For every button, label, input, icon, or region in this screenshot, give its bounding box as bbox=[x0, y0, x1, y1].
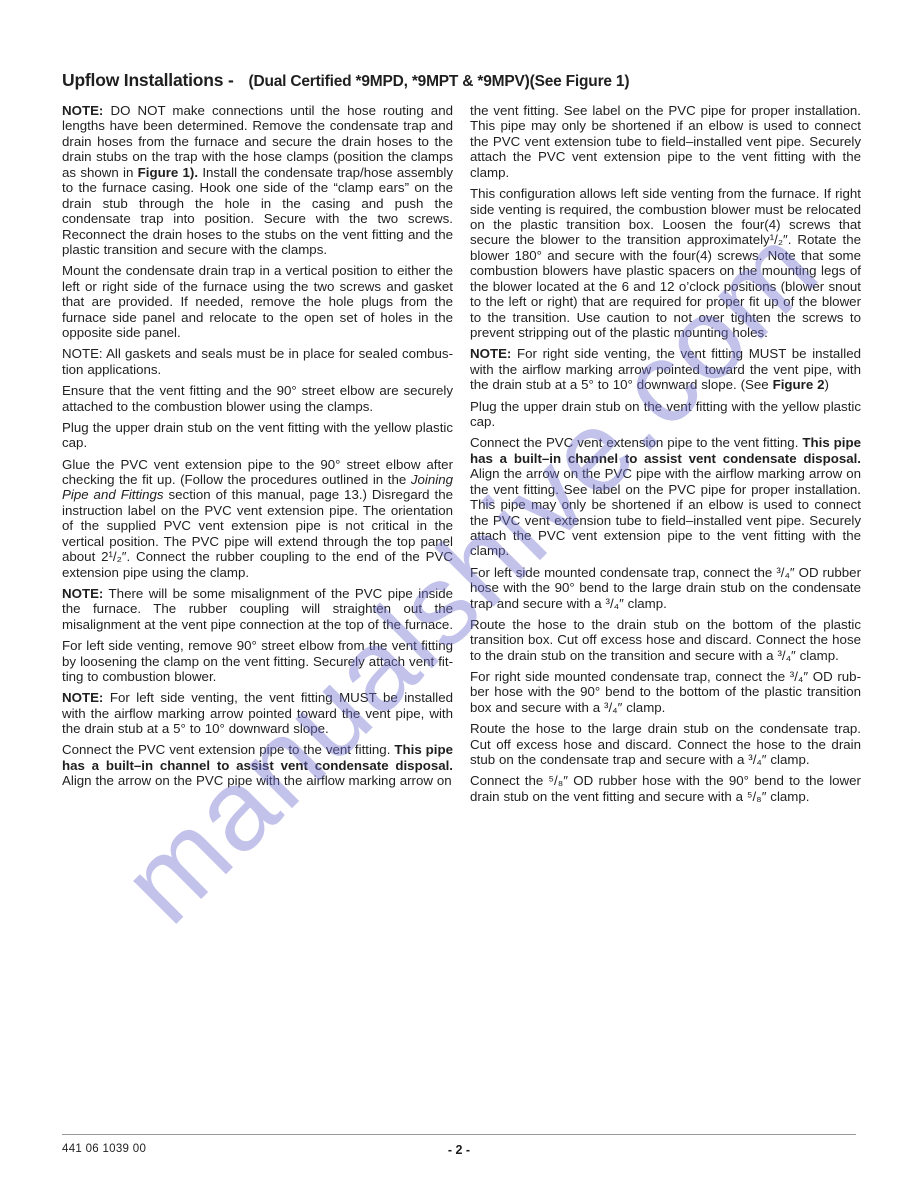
text-segment: There will be some misalignment of the P… bbox=[62, 586, 453, 632]
paragraph: For right side mounted condensate trap, … bbox=[470, 669, 861, 715]
text-segment: This configuration allows left side vent… bbox=[470, 186, 861, 340]
paragraph: Glue the PVC vent extension pipe to the … bbox=[62, 457, 453, 581]
text-segment: Route the hose to the large drain stub o… bbox=[470, 721, 861, 767]
paragraph: Route the hose to the drain stub on the … bbox=[470, 617, 861, 663]
two-column-layout: NOTE: DO NOT make connections until the … bbox=[62, 103, 858, 810]
paragraph: Mount the condensate drain trap in a ver… bbox=[62, 263, 453, 340]
text-segment: Plug the upper drain stub on the vent fi… bbox=[62, 420, 453, 450]
text-segment: Route the hose to the drain stub on the … bbox=[470, 617, 861, 663]
paragraph: For left side venting, remove 90° street… bbox=[62, 638, 453, 684]
text-segment: ) bbox=[825, 377, 829, 392]
paragraph: the vent fitting. See label on the PVC p… bbox=[470, 103, 861, 180]
text-segment: Ensure that the vent fitting and the 90°… bbox=[62, 383, 453, 413]
paragraph: Connect the ⁵/₈″ OD rubber hose with the… bbox=[470, 773, 861, 804]
left-column: NOTE: DO NOT make connections until the … bbox=[62, 103, 453, 795]
text-segment: Glue the PVC vent extension pipe to the … bbox=[62, 457, 453, 487]
text-segment: For left side venting, remove 90° street… bbox=[62, 638, 453, 684]
footer-rule: 441 06 1039 00 - 2 - bbox=[62, 1134, 856, 1157]
text-segment: the vent fitting. See label on the PVC p… bbox=[470, 103, 861, 180]
paragraph: Plug the upper drain stub on the vent fi… bbox=[470, 399, 861, 430]
paragraph: Plug the upper drain stub on the vent fi… bbox=[62, 420, 453, 451]
text-segment: Figure 2 bbox=[773, 377, 825, 392]
paragraph: NOTE: All gaskets and seals must be in p… bbox=[62, 346, 453, 377]
paragraph: Connect the PVC vent extension pipe to t… bbox=[62, 742, 453, 788]
paragraph: NOTE: DO NOT make connections until the … bbox=[62, 103, 453, 258]
text-segment: For right side mounted condensate trap, … bbox=[470, 669, 861, 715]
text-segment: For left side venting, the vent fitting … bbox=[62, 690, 453, 736]
text-segment: Mount the condensate drain trap in a ver… bbox=[62, 263, 453, 340]
paragraph: Route the hose to the large drain stub o… bbox=[470, 721, 861, 767]
page-title: Upflow Installations - (Dual Certified *… bbox=[62, 57, 858, 94]
paragraph: NOTE: For right side venting, the vent f… bbox=[470, 346, 861, 392]
text-segment: NOTE: bbox=[62, 690, 103, 705]
text-segment: Align the arrow on the PVC pipe with the… bbox=[470, 466, 861, 558]
text-segment: Connect the ⁵/₈″ OD rubber hose with the… bbox=[470, 773, 861, 803]
text-segment: Connect the PVC vent extension pipe to t… bbox=[62, 742, 394, 757]
text-segment: NOTE: bbox=[470, 346, 511, 361]
footer: 441 06 1039 00 - 2 - bbox=[62, 1135, 856, 1157]
paragraph: Ensure that the vent fitting and the 90°… bbox=[62, 383, 453, 414]
text-segment: NOTE: bbox=[62, 103, 103, 118]
paragraph: NOTE: For left side venting, the vent fi… bbox=[62, 690, 453, 736]
right-column: the vent fitting. See label on the PVC p… bbox=[470, 103, 861, 810]
paragraph: Connect the PVC vent extension pipe to t… bbox=[470, 435, 861, 559]
text-segment: Align the arrow on the PVC pipe with the… bbox=[62, 773, 452, 788]
footer-page-number: - 2 - bbox=[62, 1143, 856, 1157]
manual-page: manualshive.com Upflow Installations - (… bbox=[0, 0, 918, 1188]
page-title-main: Upflow Installations - bbox=[62, 70, 234, 90]
text-segment: Connect the PVC vent extension pipe to t… bbox=[470, 435, 802, 450]
footer-doc-number: 441 06 1039 00 bbox=[62, 1143, 146, 1155]
paragraph: This configuration allows left side vent… bbox=[470, 186, 861, 341]
text-segment: NOTE: All gaskets and seals must be in p… bbox=[62, 346, 453, 376]
page-content: Upflow Installations - (Dual Certified *… bbox=[62, 57, 858, 810]
paragraph: For left side mounted condensate trap, c… bbox=[470, 565, 861, 611]
text-segment: Figure 1). bbox=[138, 165, 198, 180]
text-segment: Plug the upper drain stub on the vent fi… bbox=[470, 399, 861, 429]
text-segment: For left side mounted condensate trap, c… bbox=[470, 565, 861, 611]
paragraph: NOTE: There will be some misalignment of… bbox=[62, 586, 453, 632]
text-segment: NOTE: bbox=[62, 586, 103, 601]
page-title-detail: (Dual Certified *9MPD, *9MPT & *9MPV)(Se… bbox=[248, 73, 629, 90]
